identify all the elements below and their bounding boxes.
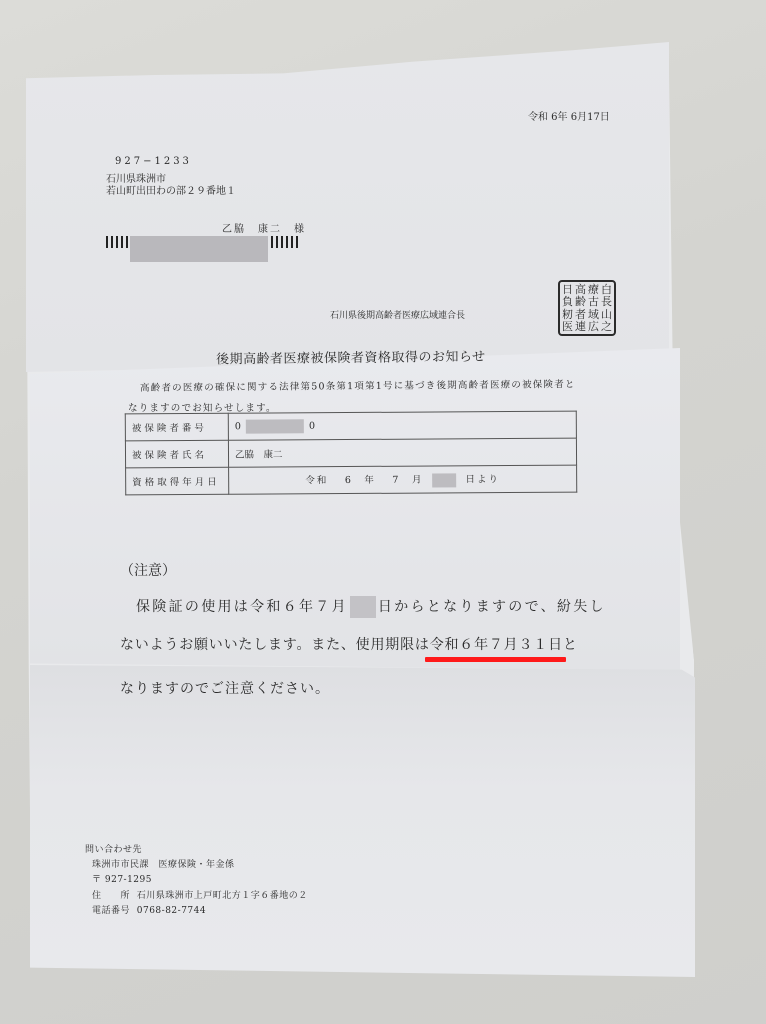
seal-character: 者 (574, 308, 587, 321)
recipient-postal-code: 927−1233 (115, 156, 192, 167)
insured-number-suffix: 0 (309, 421, 315, 432)
redacted-block (130, 236, 268, 262)
seal-character: 齢 (574, 296, 587, 309)
seal-character: 域 (587, 308, 600, 321)
seal-character: 之 (600, 321, 613, 334)
caution-heading: （注意） (120, 560, 176, 580)
caution-line-1-prefix: 保険証の使用は令和６年７月 (136, 599, 348, 615)
recipient-name: 乙脇 康二 様 (222, 220, 306, 235)
contact-phone: 電話番号 0768-82-7744 (92, 903, 206, 916)
seal-character: 白 (600, 283, 613, 296)
seal-character: 山 (600, 308, 613, 321)
issue-date: 令和 6年 6月17日 (528, 108, 610, 123)
sender-name: 石川県後期高齢者医療広域連合長 (330, 308, 465, 321)
seal-character: 連 (574, 321, 587, 334)
contact-address-label: 住 所 (92, 891, 130, 901)
insured-name-value: 乙脇 康二 (228, 438, 576, 467)
insured-number-value: 0 0 (228, 411, 576, 440)
insured-number-label: 被保険者番号 (125, 413, 228, 441)
contact-heading: 問い合わせ先 (85, 842, 142, 855)
table-row: 被保険者番号 0 0 (125, 411, 576, 441)
acquisition-date-prefix: 令和 6 年 7 月 (305, 475, 423, 487)
acquisition-date-label: 資格取得年月日 (126, 467, 229, 495)
insured-number-prefix: 0 (235, 421, 241, 432)
seal-character: 高 (574, 283, 587, 296)
redacted-block (246, 419, 304, 433)
table-row: 資格取得年月日 令和 6 年 7 月 日より (126, 465, 577, 495)
paper-bottom-fold (30, 665, 695, 977)
seal-character: 古 (587, 296, 600, 309)
caution-line-2-suffix: と (563, 637, 578, 653)
seal-character: 籾 (561, 308, 574, 321)
document-title: 後期高齢者医療被保険者資格取得のお知らせ (216, 346, 486, 368)
contact-address: 住 所 石川県珠洲市上戸町北方１字６番地の２ (92, 888, 308, 901)
seal-character: 医 (561, 321, 574, 334)
caution-line-3: なりますのでご注意ください。 (120, 678, 330, 698)
redacted-block (432, 473, 456, 487)
acquisition-date-value: 令和 6 年 7 月 日より (229, 465, 577, 494)
contact-address-value: 石川県珠洲市上戸町北方１字６番地の２ (137, 891, 308, 901)
seal-character: 長 (600, 296, 613, 309)
contact-phone-label: 電話番号 (92, 906, 130, 916)
recipient-address-line2: 若山町出田わの部２９番地１ (106, 182, 236, 197)
caution-line-1: 保険証の使用は令和６年７月日からとなりますので、紛失し (136, 596, 606, 618)
caution-line-2: ないようお願いいたします。また、使用期限は令和６年７月３１日と (120, 634, 578, 654)
expiry-date-highlight: 令和６年７月３１日 (430, 637, 563, 653)
seal-character: 療 (587, 283, 600, 296)
contact-department: 珠洲市市民課 医療保険・年金係 (92, 857, 235, 870)
caution-line-1-suffix: 日からとなりますので、紛失し (378, 599, 606, 615)
official-seal-stamp: 日高療白負齢古長籾者域山医連広之 (558, 280, 616, 336)
seal-character: 日 (561, 283, 574, 296)
paper-middle-fold (30, 348, 680, 670)
acquisition-date-suffix: 日より (465, 474, 500, 485)
insured-info-table: 被保険者番号 0 0 被保険者氏名 乙脇 康二 資格取得年月日 令和 6 年 7… (125, 411, 577, 496)
insured-name-label: 被保険者氏名 (125, 440, 228, 468)
caution-line-2-prefix: ないようお願いいたします。また、使用期限は (120, 637, 430, 653)
red-underline-mark (425, 657, 566, 662)
contact-phone-value: 0768-82-7744 (137, 906, 206, 916)
seal-character: 負 (561, 296, 574, 309)
contact-postal: 〒 927-1295 (92, 872, 152, 885)
redacted-block (350, 596, 376, 618)
table-row: 被保険者氏名 乙脇 康二 (125, 438, 576, 468)
seal-character: 広 (587, 321, 600, 334)
